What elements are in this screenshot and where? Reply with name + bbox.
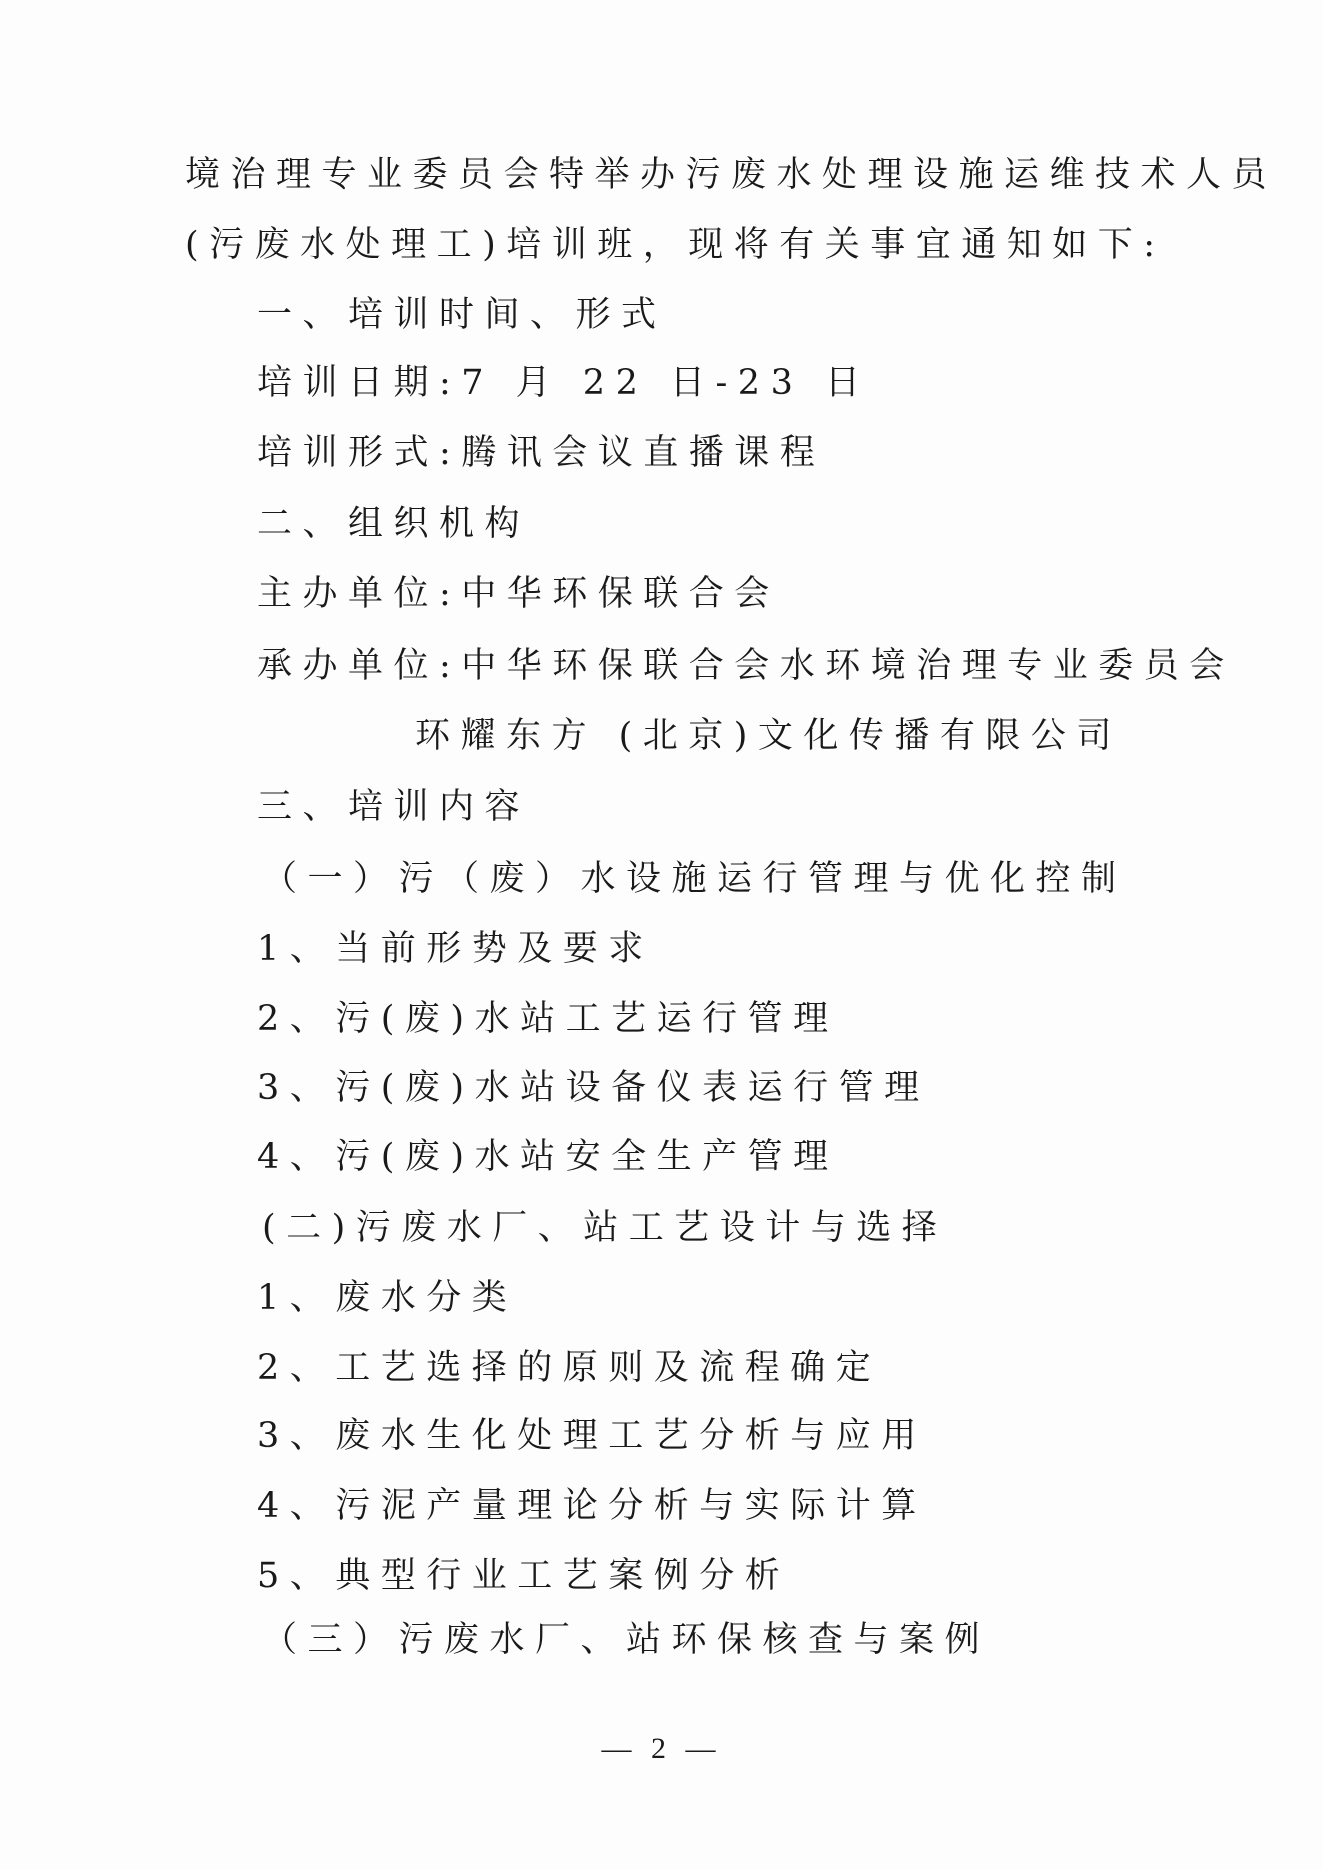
list-item: 3、污(废)水站设备仪表运行管理 bbox=[257, 1066, 930, 1110]
list-item: 3、废水生化处理工艺分析与应用 bbox=[257, 1414, 927, 1458]
part-3-heading: （三）污废水厂、站环保核查与案例 bbox=[262, 1618, 990, 1662]
list-item: 4、污泥产量理论分析与实际计算 bbox=[257, 1484, 927, 1528]
training-format: 培训形式:腾讯会议直播课程 bbox=[257, 431, 825, 475]
page-number: — 2 — bbox=[0, 1732, 1323, 1766]
section-1-heading: 一、培训时间、形式 bbox=[257, 293, 667, 337]
list-item: 5、典型行业工艺案例分析 bbox=[257, 1554, 790, 1598]
intro-line-2: (污废水处理工)培训班，现将有关事宜通知如下: bbox=[185, 223, 1166, 267]
section-2-heading: 二、组织机构 bbox=[257, 502, 530, 546]
organizer-organization-2: 环耀东方 (北京)文化传播有限公司 bbox=[415, 714, 1122, 758]
intro-line-1: 境治理专业委员会特举办污废水处理设施运维技术人员 bbox=[185, 153, 1277, 197]
organizer-organization: 承办单位:中华环保联合会水环境治理专业委员会 bbox=[257, 644, 1235, 688]
section-3-heading: 三、培训内容 bbox=[257, 785, 530, 829]
training-date: 培训日期:7 月 22 日-23 日 bbox=[257, 361, 870, 405]
document-page: 境治理专业委员会特举办污废水处理设施运维技术人员 (污废水处理工)培训班，现将有… bbox=[0, 0, 1323, 1870]
part-1-heading: （一）污（废）水设施运行管理与优化控制 bbox=[262, 857, 1127, 901]
host-organization: 主办单位:中华环保联合会 bbox=[257, 572, 780, 616]
list-item: 1、当前形势及要求 bbox=[257, 927, 654, 971]
part-2-heading: (二)污废水厂、站工艺设计与选择 bbox=[262, 1206, 947, 1250]
list-item: 4、污(废)水站安全生产管理 bbox=[257, 1135, 839, 1179]
list-item: 1、废水分类 bbox=[257, 1276, 517, 1320]
list-item: 2、污(废)水站工艺运行管理 bbox=[257, 997, 839, 1041]
list-item: 2、工艺选择的原则及流程确定 bbox=[257, 1346, 881, 1390]
